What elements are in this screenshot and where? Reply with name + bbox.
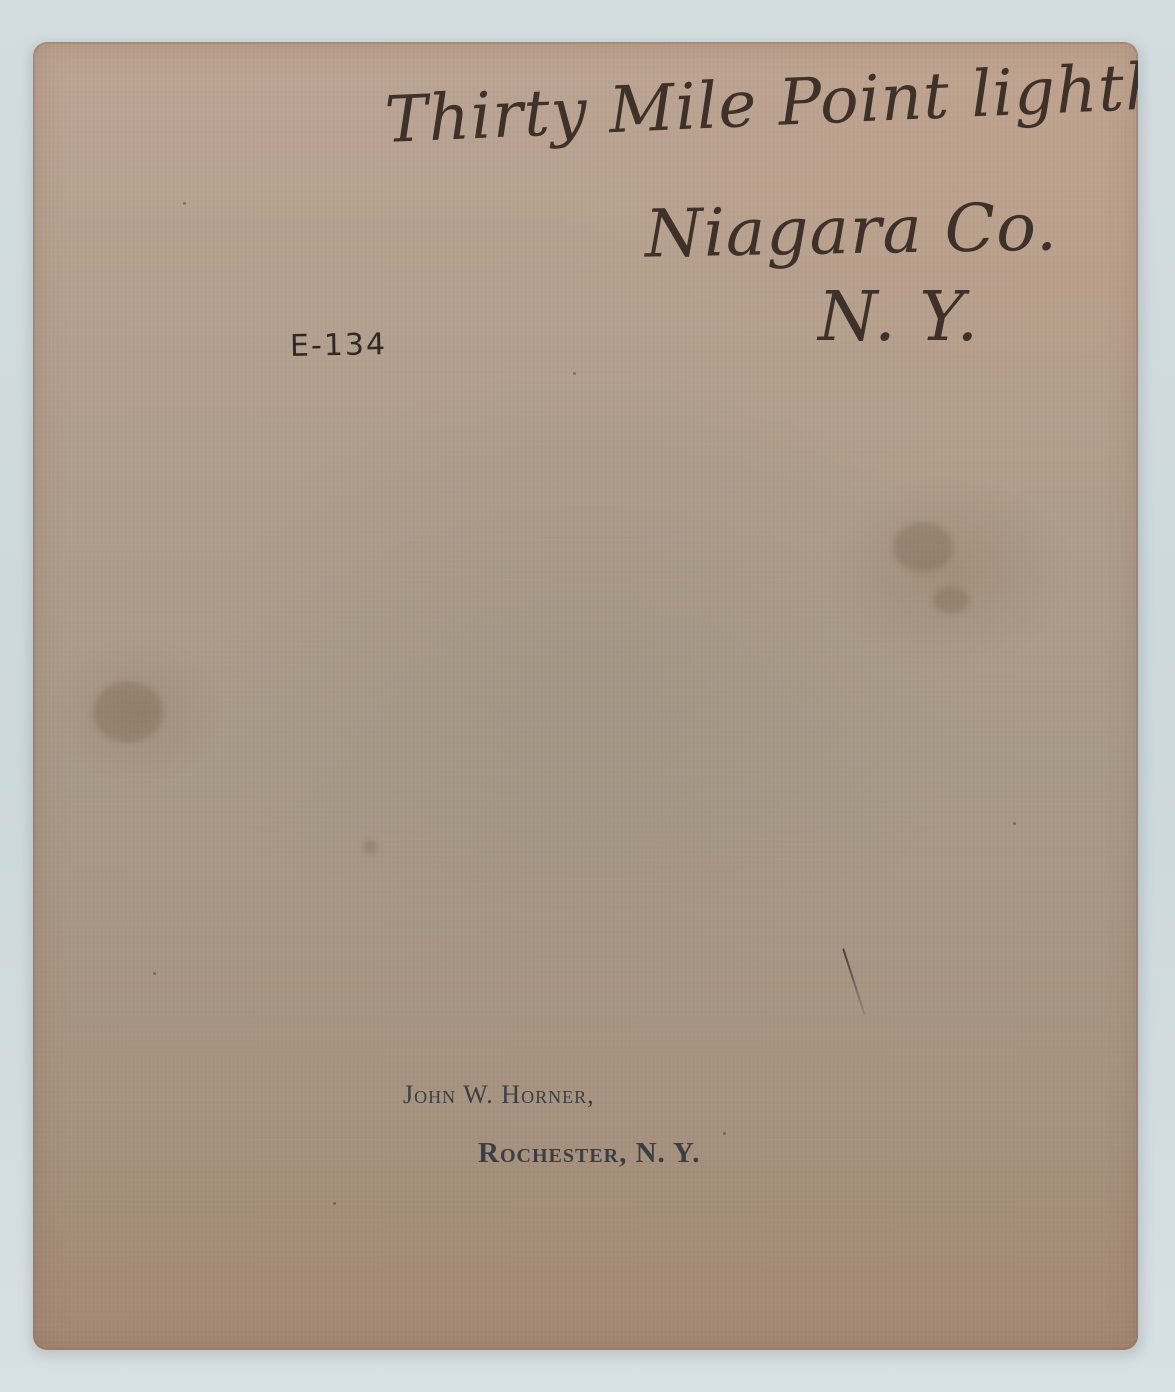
speck <box>153 972 156 975</box>
inscription-line-3: N. Y. <box>818 278 979 357</box>
foxing-stain <box>933 587 969 613</box>
foxing-stain <box>363 840 377 854</box>
photographer-location: Rochester, N. Y. <box>478 1137 700 1170</box>
inscription-line-1: Thirty Mile Point lighthouse <box>383 51 1138 158</box>
photographer-name: John W. Horner, <box>403 1080 595 1110</box>
speck <box>1013 822 1016 825</box>
speck <box>573 372 576 375</box>
catalog-number: E-134 <box>290 327 388 364</box>
foxing-stain <box>93 682 163 742</box>
speck <box>723 1132 726 1135</box>
scratch-mark <box>842 948 866 1015</box>
inscription-line-2: Niagara Co. <box>644 188 1058 272</box>
speck <box>183 202 186 205</box>
speck <box>333 1202 336 1205</box>
cabinet-card-back: Thirty Mile Point lighthouse Niagara Co.… <box>33 42 1138 1350</box>
foxing-stain <box>893 522 953 572</box>
